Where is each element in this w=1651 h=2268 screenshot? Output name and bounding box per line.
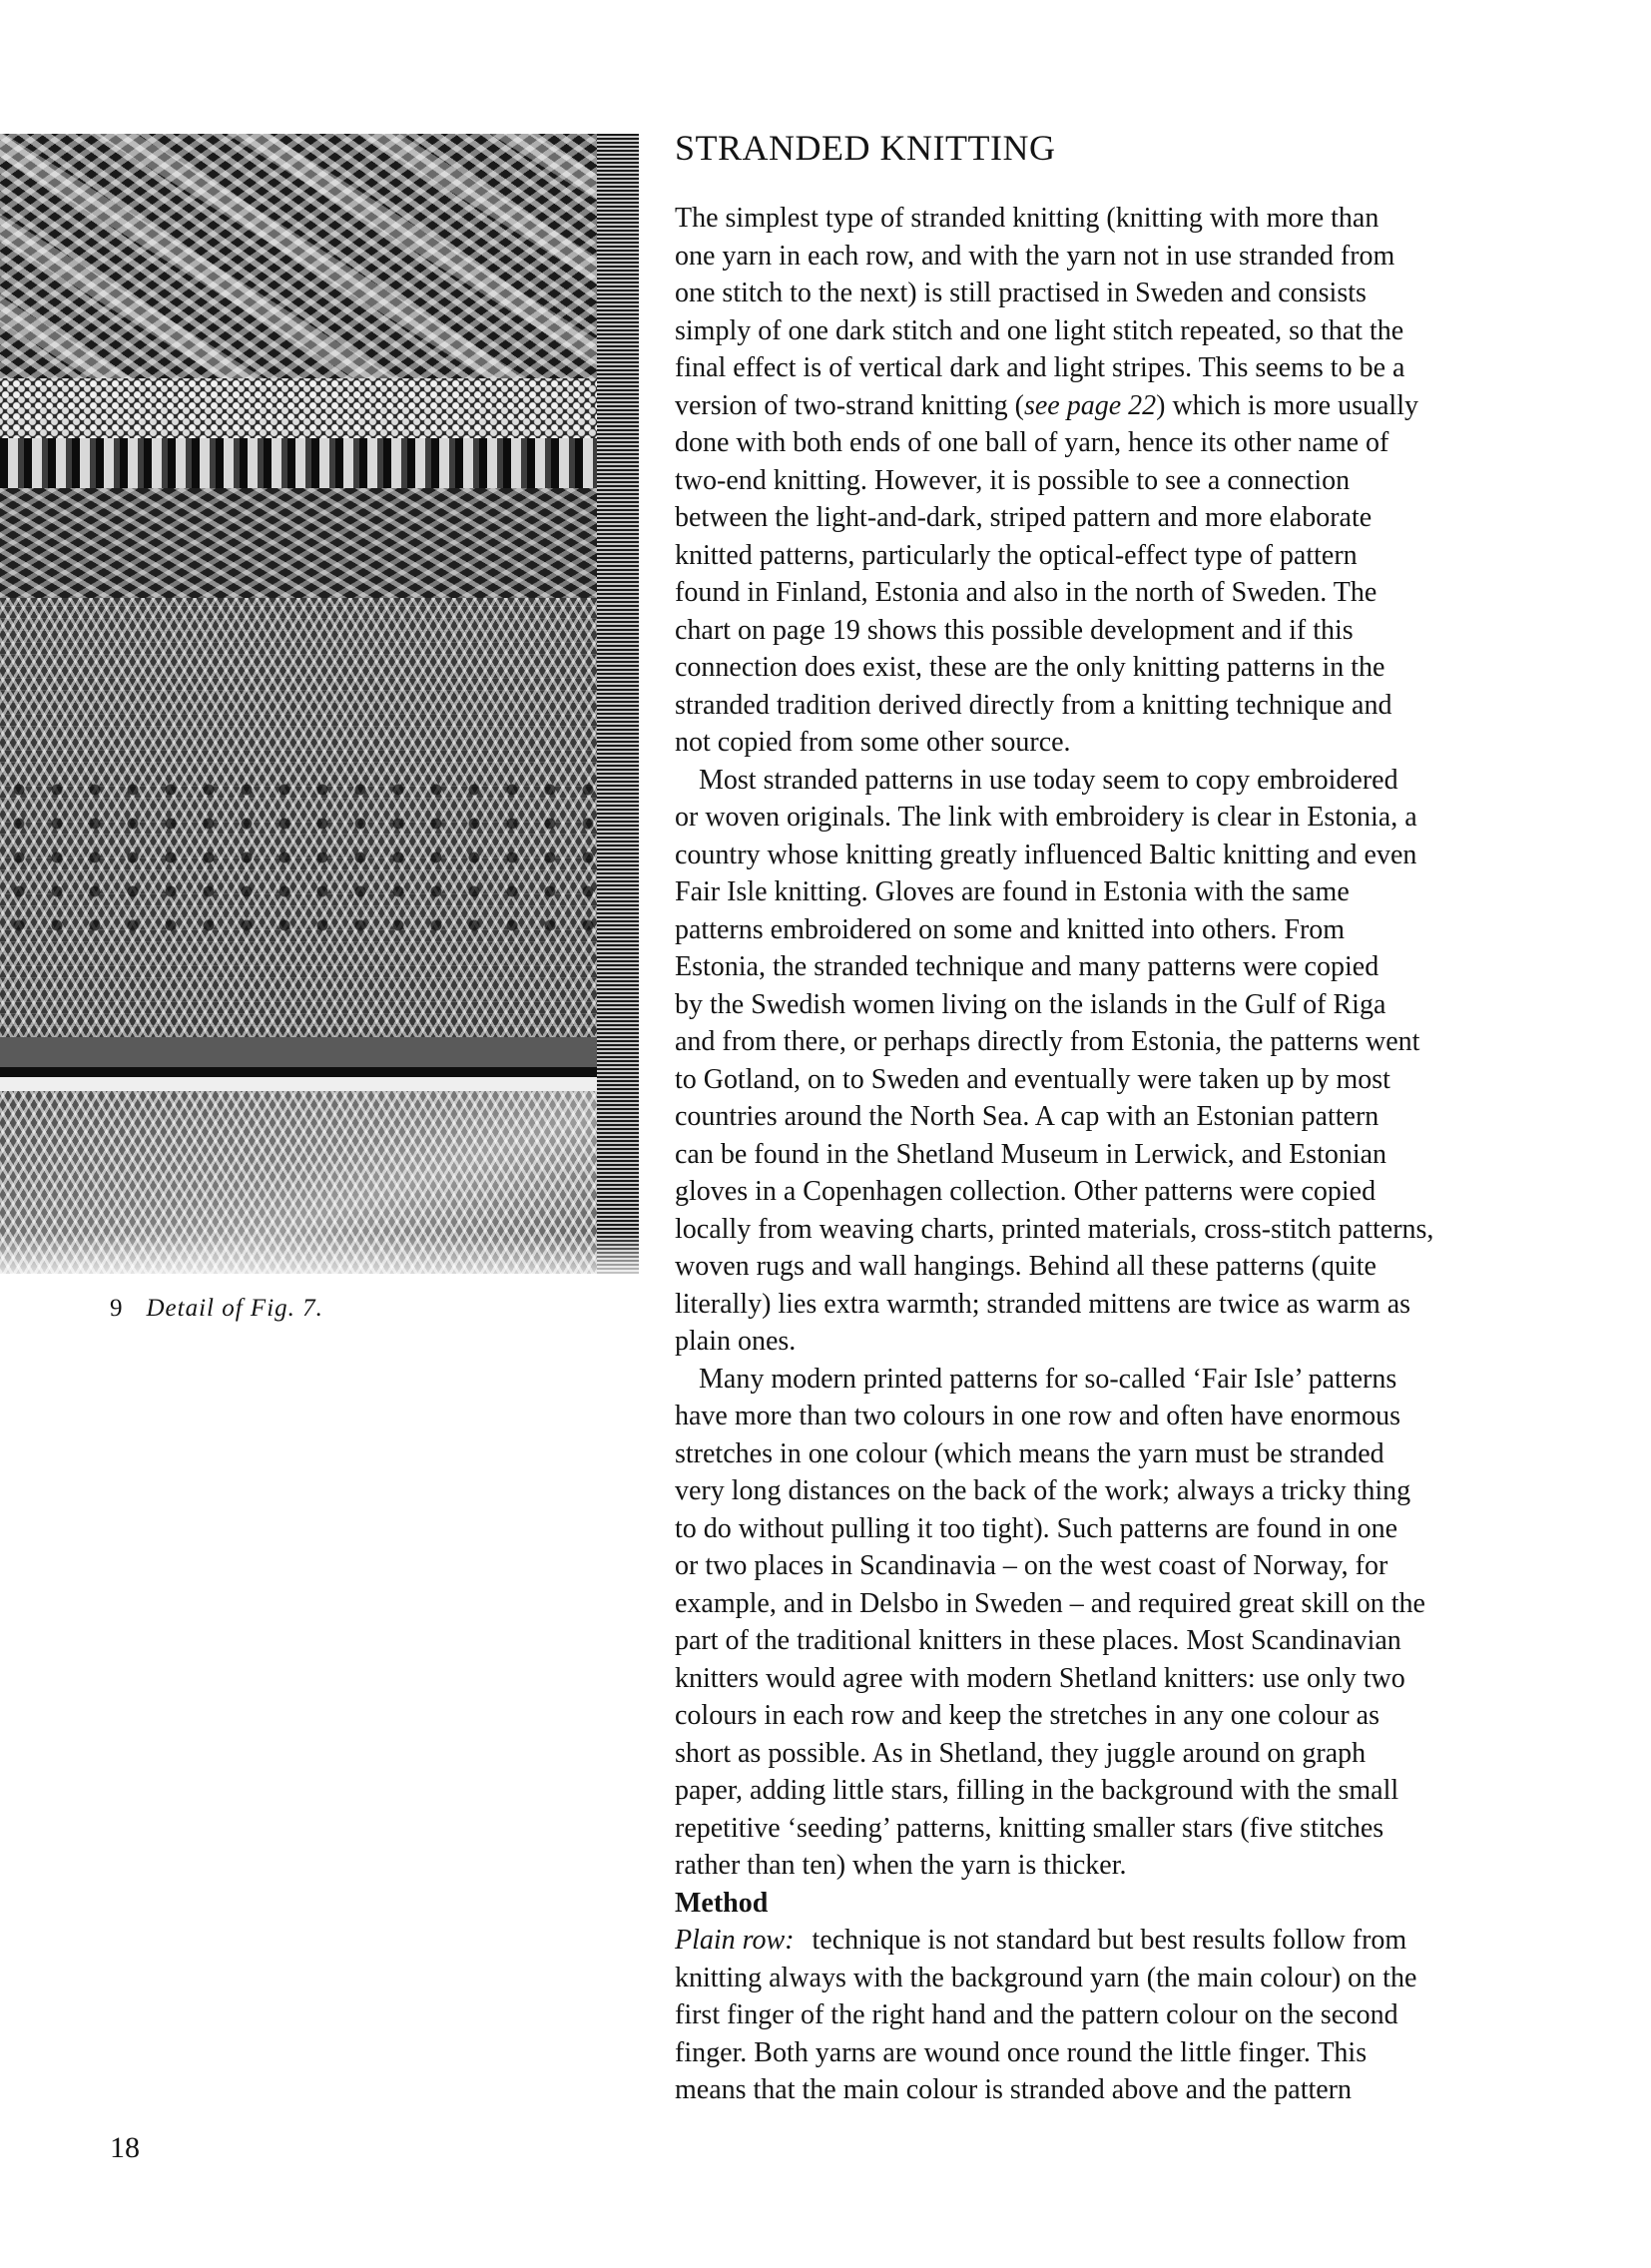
photo-bottom-fade	[0, 1234, 639, 1274]
text-line: literally) lies extra warmth; stranded m…	[675, 1286, 1633, 1324]
text-fragment: version of two-strand knitting (	[675, 390, 1024, 421]
text-line: knitting always with the background yarn…	[675, 1960, 1633, 1997]
seed-pattern-band	[0, 378, 597, 438]
paragraph-2: Most stranded patterns in use today seem…	[675, 762, 1633, 1361]
knitting-photograph	[0, 134, 639, 1274]
text-line-with-cross-reference: version of two-strand knitting (see page…	[675, 387, 1633, 425]
dark-ridge-line	[0, 1067, 597, 1077]
text-line: stranded tradition derived directly from…	[675, 687, 1633, 725]
text-line: stretches in one colour (which means the…	[675, 1435, 1633, 1473]
text-line: not copied from some other source.	[675, 724, 1633, 762]
text-line: patterns embroidered on some and knitted…	[675, 911, 1633, 949]
text-line: found in Finland, Estonia and also in th…	[675, 574, 1633, 612]
cross-reference: see page 22	[1024, 390, 1156, 421]
text-line: can be found in the Shetland Museum in L…	[675, 1136, 1633, 1174]
text-line: country whose knitting greatly influence…	[675, 837, 1633, 874]
text-line: means that the main colour is stranded a…	[675, 2071, 1633, 2109]
text-line: and from there, or perhaps directly from…	[675, 1023, 1633, 1061]
text-line: to Gotland, on to Sweden and eventually …	[675, 1061, 1633, 1099]
text-line: chart on page 19 shows this possible dev…	[675, 612, 1633, 650]
text-fragment: ) which is more usually	[1156, 390, 1418, 421]
text-line: done with both ends of one ball of yarn,…	[675, 424, 1633, 462]
method-first-line: Plain row:technique is not standard but …	[675, 1922, 1633, 1960]
light-ridge-line	[0, 1077, 597, 1091]
page-number: 18	[110, 2130, 140, 2166]
text-line: part of the traditional knitters in thes…	[675, 1622, 1633, 1660]
text-line: or woven originals. The link with embroi…	[675, 799, 1633, 837]
text-line: Fair Isle knitting. Gloves are found in …	[675, 873, 1633, 911]
text-line: very long distances on the back of the w…	[675, 1472, 1633, 1510]
text-line: have more than two colours in one row an…	[675, 1398, 1633, 1435]
text-line: to do without pulling it too tight). Suc…	[675, 1510, 1633, 1548]
text-line: Most stranded patterns in use today seem…	[675, 762, 1633, 800]
text-line: locally from weaving charts, printed mat…	[675, 1211, 1633, 1249]
text-line: woven rugs and wall hangings. Behind all…	[675, 1248, 1633, 1286]
text-line: knitted patterns, particularly the optic…	[675, 537, 1633, 575]
text-line: between the light-and-dark, striped patt…	[675, 499, 1633, 537]
text-line: rather than ten) when the yarn is thicke…	[675, 1847, 1633, 1885]
figure-number: 9	[110, 1295, 123, 1322]
text-line: The simplest type of stranded knitting (…	[675, 200, 1633, 238]
figure-caption-text: Detail of Fig. 7.	[147, 1295, 323, 1322]
figure-caption: 9Detail of Fig. 7.	[110, 1294, 323, 1324]
text-line: repetitive ‘seeding’ patterns, knitting …	[675, 1810, 1633, 1848]
text-line: short as possible. As in Shetland, they …	[675, 1735, 1633, 1773]
text-line: colours in each row and keep the stretch…	[675, 1697, 1633, 1735]
method-section: Plain row:technique is not standard but …	[675, 1922, 1633, 2109]
text-line: plain ones.	[675, 1323, 1633, 1361]
section-heading: STRANDED KNITTING	[675, 126, 1055, 170]
zigzag-diamond-band	[0, 134, 597, 378]
paragraph-1: The simplest type of stranded knitting (…	[675, 200, 1633, 762]
body-text-column: The simplest type of stranded knitting (…	[675, 200, 1633, 2109]
text-line: knitters would agree with modern Shetlan…	[675, 1660, 1633, 1698]
text-line: example, and in Delsbo in Sweden – and r…	[675, 1585, 1633, 1623]
text-line: one yarn in each row, and with the yarn …	[675, 238, 1633, 276]
text-line: Estonia, the stranded technique and many…	[675, 948, 1633, 986]
dotted-stripe-band	[0, 438, 597, 488]
text-line: finger. Both yarns are wound once round …	[675, 2034, 1633, 2072]
text-line: one stitch to the next) is still practis…	[675, 275, 1633, 312]
text-line: final effect is of vertical dark and lig…	[675, 349, 1633, 387]
text-line: two-end knitting. However, it is possibl…	[675, 462, 1633, 500]
run-in-label: Plain row:	[675, 1925, 795, 1956]
text-line: Many modern printed patterns for so-call…	[675, 1361, 1633, 1399]
text-line: simply of one dark stitch and one light …	[675, 312, 1633, 350]
ribbed-selvedge	[597, 134, 639, 1274]
paragraph-3: Many modern printed patterns for so-call…	[675, 1361, 1633, 1885]
text-line: countries around the North Sea. A cap wi…	[675, 1098, 1633, 1136]
text-line: connection does exist, these are the onl…	[675, 649, 1633, 687]
method-subheading: Method	[675, 1885, 1633, 1923]
text-line: by the Swedish women living on the islan…	[675, 986, 1633, 1024]
text-line: first finger of the right hand and the p…	[675, 1996, 1633, 2034]
text-line: gloves in a Copenhagen collection. Other…	[675, 1173, 1633, 1211]
text-fragment: technique is not standard but best resul…	[813, 1925, 1407, 1956]
text-line: or two places in Scandinavia – on the we…	[675, 1547, 1633, 1585]
text-line: paper, adding little stars, filling in t…	[675, 1772, 1633, 1810]
seed-pattern-band-lower	[0, 488, 597, 598]
eyelet-pattern-band	[0, 773, 597, 952]
